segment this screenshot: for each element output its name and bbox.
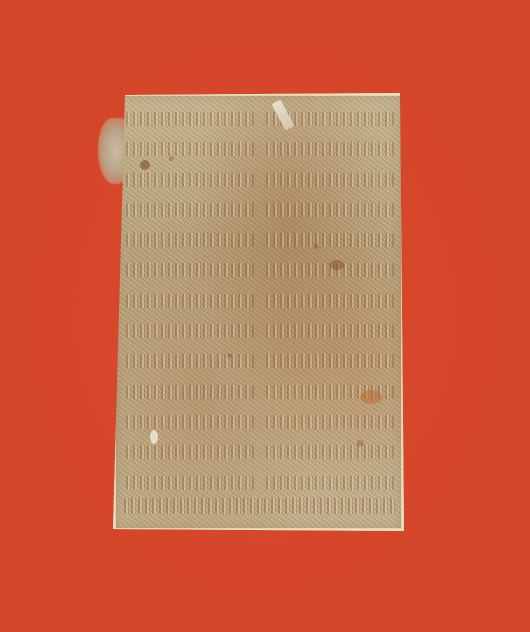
- chipped-edge-flake: [98, 118, 130, 184]
- red-background: [0, 0, 530, 632]
